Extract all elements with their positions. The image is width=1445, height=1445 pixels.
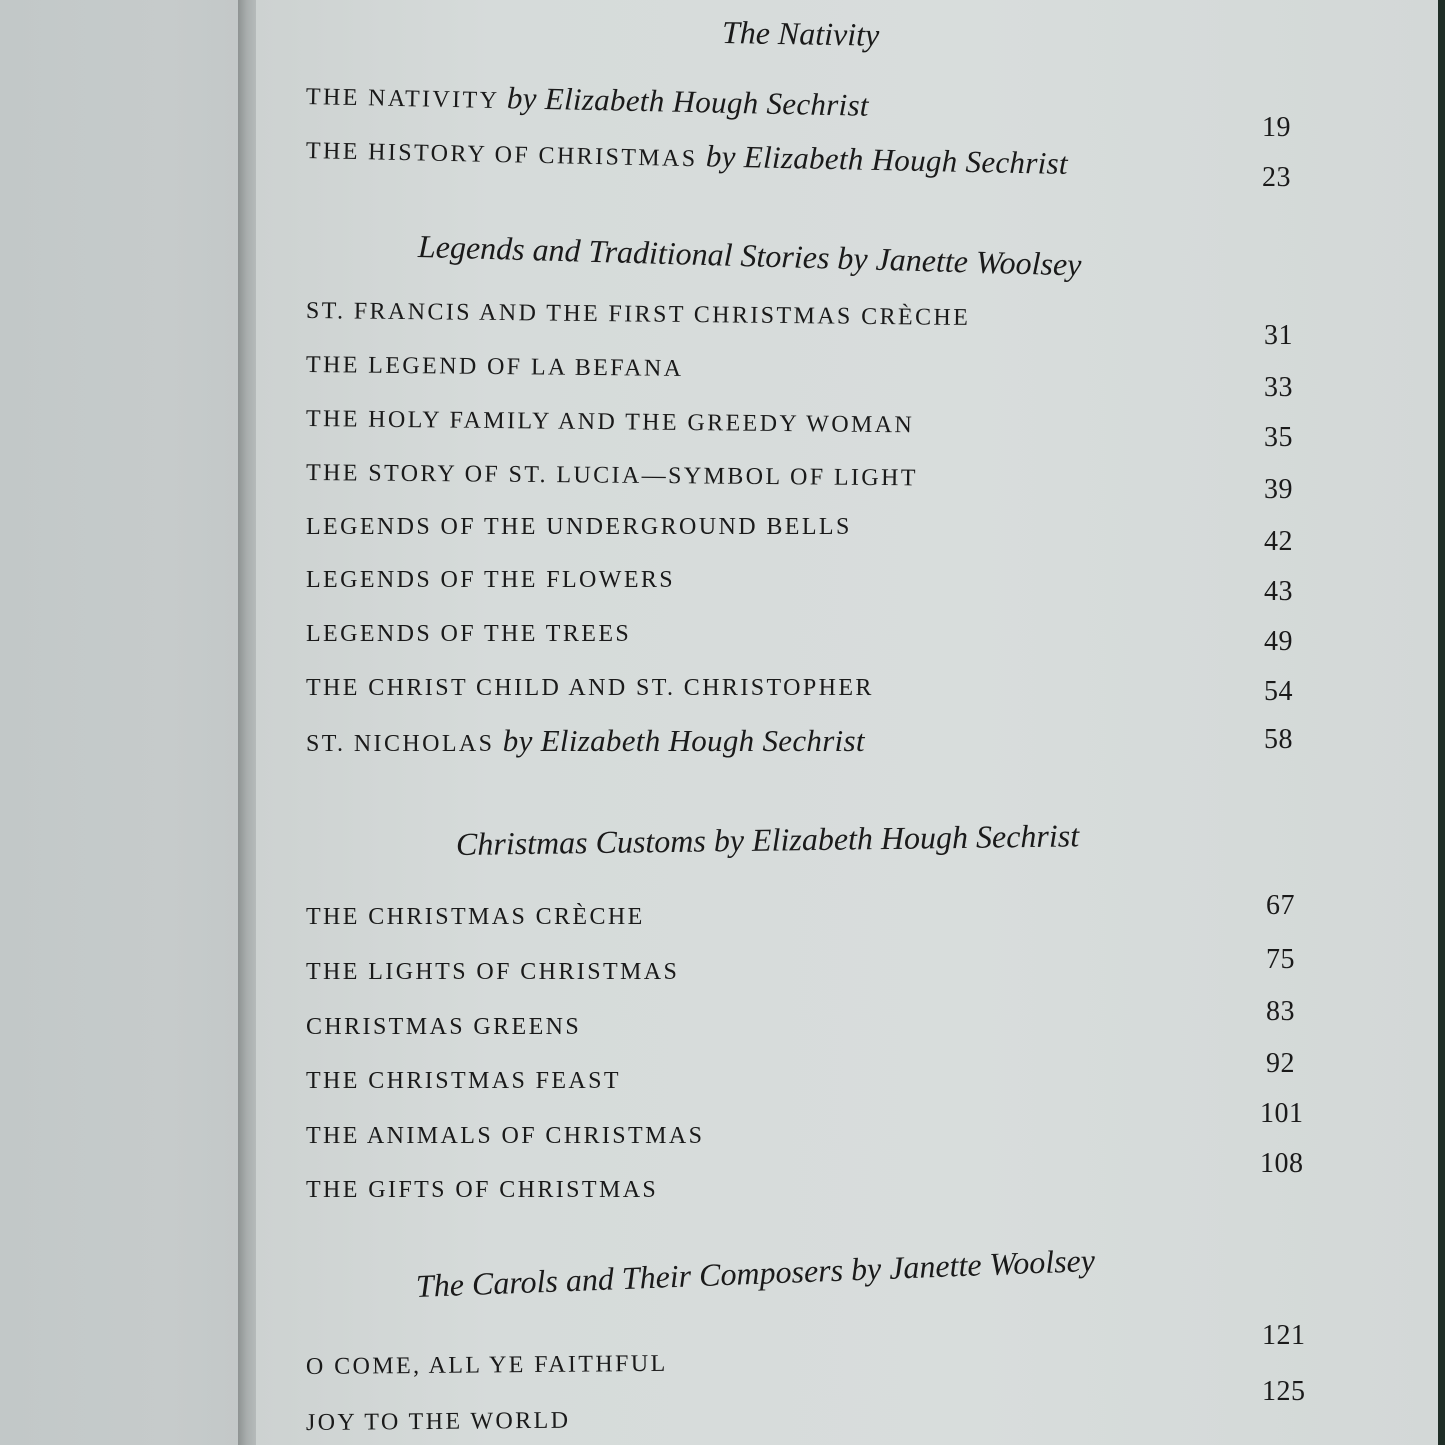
entry-title: JOY TO THE WORLD — [306, 1408, 571, 1436]
entry-title: LEGENDS OF THE FLOWERS — [306, 567, 675, 593]
entry-title: THE CHRISTMAS FEAST — [306, 1068, 621, 1094]
entry-title: ST. NICHOLAS — [306, 731, 494, 757]
book-photo: The Nativity THE NATIVITY by Elizabeth H… — [0, 0, 1445, 1445]
toc-entry[interactable]: O COME, ALL YE FAITHFUL — [306, 1351, 668, 1381]
page-number: 101 — [1260, 1098, 1304, 1130]
page-number: 83 — [1266, 996, 1295, 1028]
entry-title: THE GIFTS OF CHRISTMAS — [306, 1177, 658, 1203]
entry-title: THE CHRIST CHILD AND ST. CHRISTOPHER — [306, 675, 874, 701]
page-number: 42 — [1264, 526, 1293, 558]
page-number: 108 — [1260, 1148, 1304, 1180]
entry-author: by Elizabeth Hough Sechrist — [503, 723, 865, 758]
page-number: 19 — [1262, 112, 1291, 144]
toc-entry[interactable]: THE LEGEND OF LA BEFANA — [306, 352, 684, 383]
section-heading-customs: Christmas Customs by Elizabeth Hough Sec… — [456, 817, 1080, 863]
entry-title: O COME, ALL YE FAITHFUL — [306, 1351, 668, 1380]
entry-title: THE HOLY FAMILY AND THE GREEDY WOMAN — [306, 406, 914, 438]
page-number: 121 — [1262, 1320, 1306, 1352]
page-number: 92 — [1266, 1048, 1295, 1080]
page-number: 75 — [1266, 944, 1295, 976]
toc-entry[interactable]: JOY TO THE WORLD — [306, 1408, 571, 1437]
toc-entry[interactable]: CHRISTMAS GREENS — [306, 1014, 581, 1041]
section-heading-carols: The Carols and Their Composers by Janett… — [415, 1242, 1095, 1305]
toc-entry[interactable]: THE LIGHTS OF CHRISTMAS — [306, 959, 679, 986]
entry-title: THE LIGHTS OF CHRISTMAS — [306, 959, 679, 985]
page-number: 58 — [1264, 724, 1293, 756]
page-number: 49 — [1264, 626, 1293, 658]
entry-title: LEGENDS OF THE UNDERGROUND BELLS — [306, 514, 852, 540]
toc-entry[interactable]: ST. NICHOLAS by Elizabeth Hough Sechrist — [306, 723, 865, 759]
entry-title: THE LEGEND OF LA BEFANA — [306, 352, 684, 382]
entry-title: THE NATIVITY — [306, 84, 499, 114]
toc-entry[interactable]: THE CHRISTMAS FEAST — [306, 1068, 621, 1095]
page-number: 31 — [1264, 320, 1293, 352]
page-number: 33 — [1264, 372, 1293, 404]
page-number: 35 — [1264, 422, 1293, 454]
page-number: 67 — [1266, 890, 1295, 922]
toc-entry[interactable]: THE ANIMALS OF CHRISTMAS — [306, 1123, 704, 1150]
entry-title: ST. FRANCIS AND THE FIRST CHRISTMAS CRÈC… — [306, 298, 970, 331]
toc-entry[interactable]: LEGENDS OF THE FLOWERS — [306, 567, 675, 594]
entry-title: THE STORY OF ST. LUCIA—SYMBOL OF LIGHT — [306, 460, 918, 491]
toc-entry[interactable]: THE GIFTS OF CHRISTMAS — [306, 1177, 658, 1204]
toc-entry[interactable]: THE NATIVITY by Elizabeth Hough Sechrist — [306, 76, 870, 124]
page-number: 54 — [1264, 676, 1293, 708]
toc-entry[interactable]: THE STORY OF ST. LUCIA—SYMBOL OF LIGHT — [306, 460, 918, 492]
toc-entry[interactable]: LEGENDS OF THE UNDERGROUND BELLS — [306, 514, 852, 541]
toc-entry[interactable]: THE HISTORY OF CHRISTMAS by Elizabeth Ho… — [306, 130, 1069, 182]
table-of-contents: The Nativity THE NATIVITY by Elizabeth H… — [0, 0, 1445, 1445]
entry-author: by Elizabeth Hough Sechrist — [706, 138, 1069, 181]
page-number: 39 — [1264, 474, 1293, 506]
entry-author: by Elizabeth Hough Sechrist — [507, 80, 870, 123]
toc-entry[interactable]: THE CHRIST CHILD AND ST. CHRISTOPHER — [306, 675, 874, 702]
entry-title: CHRISTMAS GREENS — [306, 1014, 581, 1040]
page-number: 43 — [1264, 576, 1293, 608]
entry-title: THE HISTORY OF CHRISTMAS — [306, 138, 698, 172]
entry-title: THE CHRISTMAS CRÈCHE — [306, 904, 645, 930]
entry-title: THE ANIMALS OF CHRISTMAS — [306, 1123, 704, 1149]
toc-entry[interactable]: LEGENDS OF THE TREES — [306, 621, 631, 648]
toc-entry[interactable]: ST. FRANCIS AND THE FIRST CHRISTMAS CRÈC… — [306, 298, 970, 332]
page-number: 125 — [1262, 1376, 1306, 1408]
section-heading-legends: Legends and Traditional Stories by Janet… — [417, 228, 1081, 284]
toc-entry[interactable]: THE HOLY FAMILY AND THE GREEDY WOMAN — [306, 406, 914, 439]
entry-title: LEGENDS OF THE TREES — [306, 621, 631, 647]
toc-entry[interactable]: THE CHRISTMAS CRÈCHE — [306, 904, 645, 931]
section-heading-nativity: The Nativity — [722, 14, 880, 54]
page-number: 23 — [1262, 162, 1291, 194]
